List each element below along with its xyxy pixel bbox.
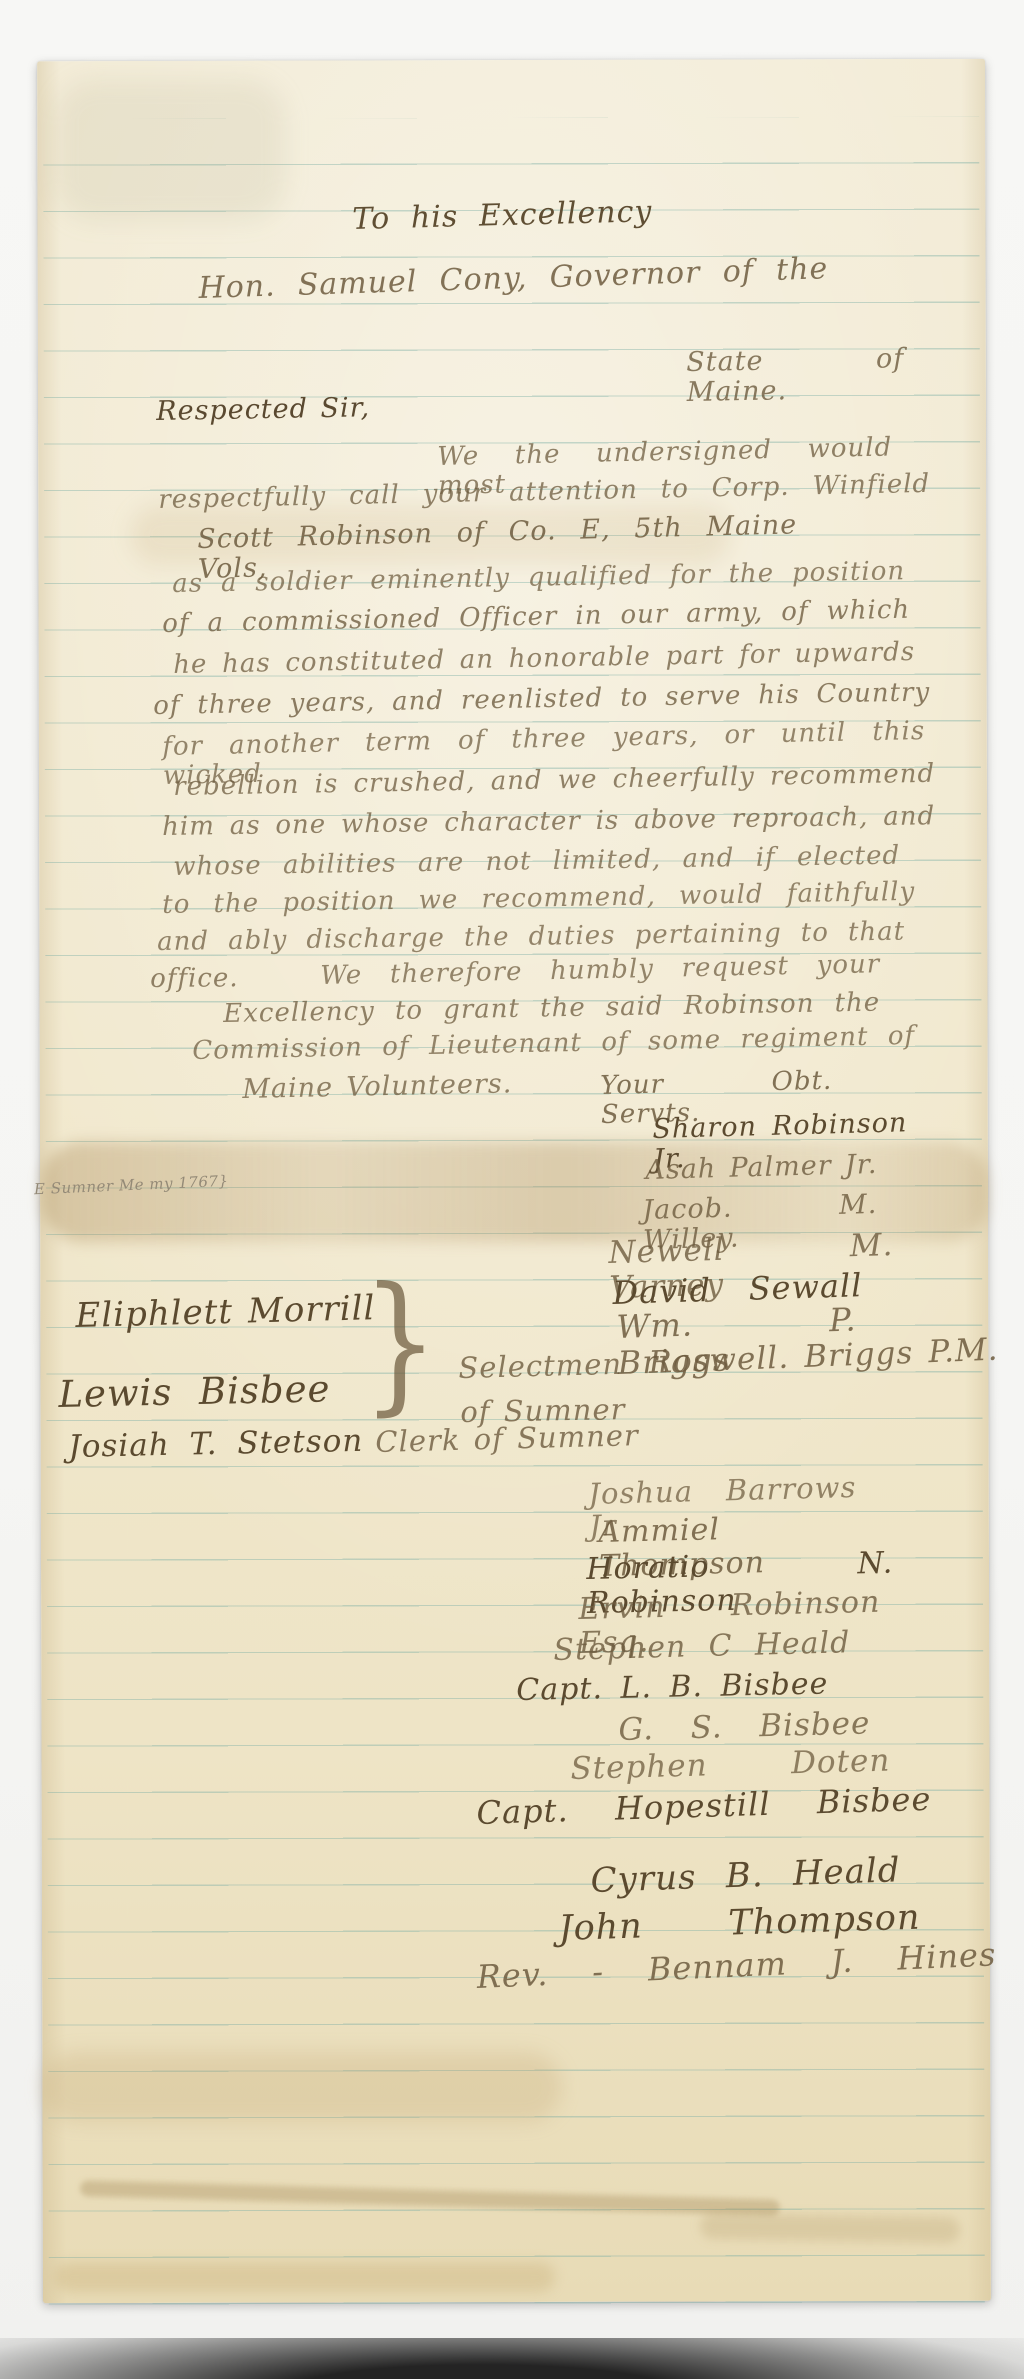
scan-edge-shadow [0, 2338, 1024, 2379]
manuscript-paper [37, 59, 991, 2303]
scanned-document-page: To his ExcellencyHon. Samuel Cony, Gover… [0, 0, 1024, 2379]
